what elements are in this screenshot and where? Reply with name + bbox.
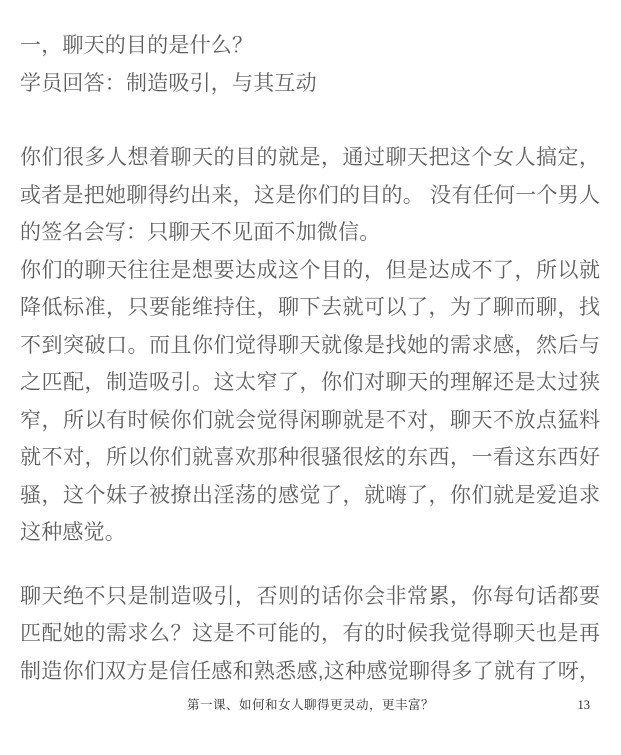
body-line: 之匹配，制造吸引。这太窄了，你们对聊天的理解还是太过狭 xyxy=(20,364,600,402)
footer-page-number: 13 xyxy=(578,694,591,716)
body-line: 窄，所以有时候你们就会觉得闲聊就是不对，聊天不放点猛料 xyxy=(20,402,600,440)
body-line: 就不对，所以你们就喜欢那种很骚很炫的东西，一看这东西好 xyxy=(20,439,600,477)
body-line: 你们的聊天往往是想要达成这个目的，但是达成不了，所以就 xyxy=(20,252,600,290)
page-footer: 第一课、如何和女人聊得更灵动，更丰富？ 13 xyxy=(0,694,621,716)
body-line: 这种感觉。 xyxy=(20,514,600,552)
footer-chapter-title: 第一课、如何和女人聊得更灵动，更丰富？ xyxy=(0,694,621,716)
body-line: 或者是把她聊得约出来，这是你们的目的。 没有任何一个男人 xyxy=(20,177,600,215)
heading-line-1: 一，聊天的目的是什么？ xyxy=(20,27,600,65)
body-line: 制造你们双方是信任感和熟悉感,这种感觉聊得多了就有了呀， xyxy=(20,653,600,691)
heading-block: 一，聊天的目的是什么？ 学员回答：制造吸引，与其互动 xyxy=(20,27,600,102)
body-line: 不到突破口。而且你们觉得聊天就像是找她的需求感，然后与 xyxy=(20,327,600,365)
body-line: 聊天绝不只是制造吸引，否则的话你会非常累，你每句话都要 xyxy=(20,578,600,616)
text-column: 一，聊天的目的是什么？ 学员回答：制造吸引，与其互动 你们很多人想着聊天的目的就… xyxy=(20,0,600,690)
body-line: 的签名会写：只聊天不见面不加微信。 xyxy=(20,214,600,252)
body-line: 匹配她的需求么？这是不可能的，有的时候我觉得聊天也是再 xyxy=(20,615,600,653)
body-line: 降低标准，只要能维持住，聊下去就可以了，为了聊而聊，找 xyxy=(20,289,600,327)
document-page: 一，聊天的目的是什么？ 学员回答：制造吸引，与其互动 你们很多人想着聊天的目的就… xyxy=(0,0,621,755)
heading-line-2: 学员回答：制造吸引，与其互动 xyxy=(20,65,600,103)
body-line: 骚，这个妹子被撩出淫荡的感觉了，就嗨了，你们就是爱追求 xyxy=(20,477,600,515)
paragraph-2: 聊天绝不只是制造吸引，否则的话你会非常累，你每句话都要 匹配她的需求么？这是不可… xyxy=(20,578,600,691)
paragraph-1: 你们很多人想着聊天的目的就是，通过聊天把这个女人搞定， 或者是把她聊得约出来，这… xyxy=(20,139,600,552)
body-line: 你们很多人想着聊天的目的就是，通过聊天把这个女人搞定， xyxy=(20,139,600,177)
